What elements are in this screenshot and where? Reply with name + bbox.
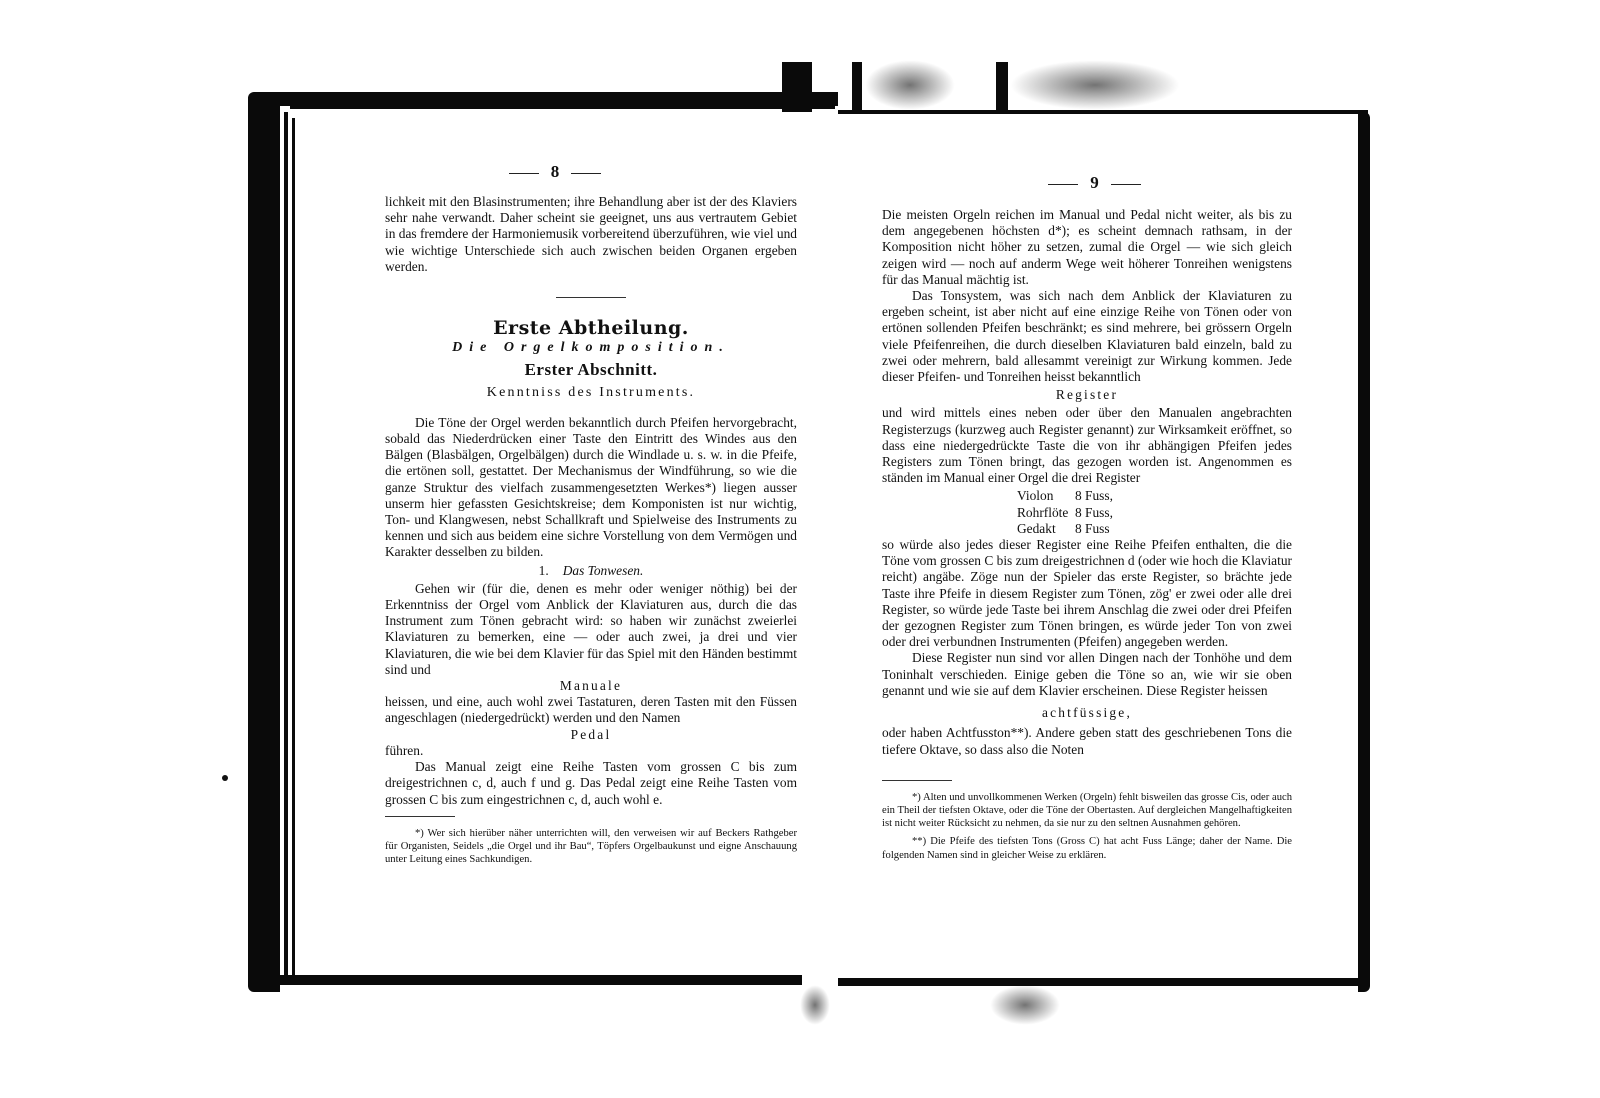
spine-shadow: [852, 62, 862, 110]
register-row: Rohrflöte8 Fuss,: [1017, 505, 1157, 521]
register-list: Violon8 Fuss, Rohrflöte8 Fuss, Gedakt8 F…: [1017, 488, 1157, 537]
paragraph: Die meisten Orgeln reichen im Manual und…: [882, 207, 1292, 288]
book-page-edge: [284, 112, 288, 982]
term-achtfuessige: achtfüssige,: [882, 705, 1292, 721]
register-size: 8 Fuss: [1075, 521, 1110, 537]
book-edge-left: [248, 92, 280, 992]
scan-smudge: [1010, 60, 1180, 110]
section-heading: Erster Abschnitt.: [385, 362, 797, 378]
paragraph: heissen, und eine, auch wohl zwei Tastat…: [385, 694, 797, 726]
register-name: Gedakt: [1017, 521, 1075, 537]
register-size: 8 Fuss,: [1075, 505, 1113, 521]
scan-smudge: [990, 985, 1060, 1025]
register-name: Rohrflöte: [1017, 505, 1075, 521]
paragraph: Die Töne der Orgel werden bekanntlich du…: [385, 415, 797, 561]
subsection-heading: 1.Das Tonwesen.: [385, 563, 797, 579]
register-name: Violon: [1017, 488, 1075, 504]
book-edge-bottom-left: [262, 975, 802, 985]
paragraph: und wird mittels eines neben oder über d…: [882, 405, 1292, 486]
subsection-title: Das Tonwesen.: [563, 563, 644, 578]
scan-smudge: [865, 60, 955, 110]
footnotes: *) Wer sich hierüber näher unterrichten …: [385, 827, 797, 867]
footnote: *) Alten und unvollkommenen Werken (Orge…: [882, 791, 1292, 831]
book-edge-top-left-inner: [290, 104, 835, 109]
paragraph: Das Manual zeigt eine Reihe Tasten vom g…: [385, 759, 797, 808]
page-number: 9: [837, 173, 1352, 193]
paragraph: so würde also jedes dieser Register eine…: [882, 537, 1292, 650]
footnote: **) Die Pfeife des tiefsten Tons (Gross …: [882, 835, 1292, 861]
spine-shadow: [782, 62, 812, 112]
intro-paragraph: lichkeit mit den Blasinstrumenten; ihre …: [385, 194, 797, 275]
footnote-divider: [385, 816, 455, 817]
right-page: 9 Die meisten Orgeln reichen im Manual u…: [842, 115, 1357, 975]
term-manuale: Manuale: [385, 678, 797, 694]
term-pedal: Pedal: [385, 727, 797, 743]
book-edge-top-right: [838, 110, 1368, 114]
paragraph: oder haben Achtfusston**). Andere geben …: [882, 725, 1292, 757]
part-heading: Erste Abtheilung.: [385, 320, 797, 336]
register-row: Gedakt8 Fuss: [1017, 521, 1157, 537]
paragraph: Das Tonsystem, was sich nach dem Anblick…: [882, 288, 1292, 385]
book-edge-right: [1358, 112, 1370, 992]
divider: [556, 297, 626, 298]
paragraph: Gehen wir (für die, denen es mehr oder w…: [385, 581, 797, 678]
scan-smudge: [800, 985, 830, 1025]
footnote-divider: [882, 780, 952, 781]
left-page: 8 lichkeit mit den Blasinstrumenten; ihr…: [300, 112, 830, 972]
footnote: *) Wer sich hierüber näher unterrichten …: [385, 827, 797, 867]
page-number-text: 8: [551, 162, 560, 181]
page-number-text: 9: [1090, 173, 1099, 192]
book-edge-bottom-right: [838, 978, 1366, 986]
page-number: 8: [290, 162, 820, 182]
right-page-body: Die meisten Orgeln reichen im Manual und…: [882, 207, 1292, 867]
footnotes: *) Alten und unvollkommenen Werken (Orge…: [882, 791, 1292, 862]
term-register: Register: [882, 387, 1292, 403]
spine-shadow: [996, 62, 1008, 110]
paragraph: führen.: [385, 743, 797, 759]
subsection-number: 1.: [539, 563, 549, 578]
section-subtitle: Kenntniss des Instruments.: [385, 385, 797, 401]
paragraph: Diese Register nun sind vor allen Dingen…: [882, 650, 1292, 699]
book-page-edge: [292, 118, 295, 978]
scan-mark: [222, 775, 228, 781]
left-page-body: lichkeit mit den Blasinstrumenten; ihre …: [385, 194, 797, 871]
register-size: 8 Fuss,: [1075, 488, 1113, 504]
register-row: Violon8 Fuss,: [1017, 488, 1157, 504]
part-subtitle: Die Orgelkomposition.: [385, 340, 797, 356]
